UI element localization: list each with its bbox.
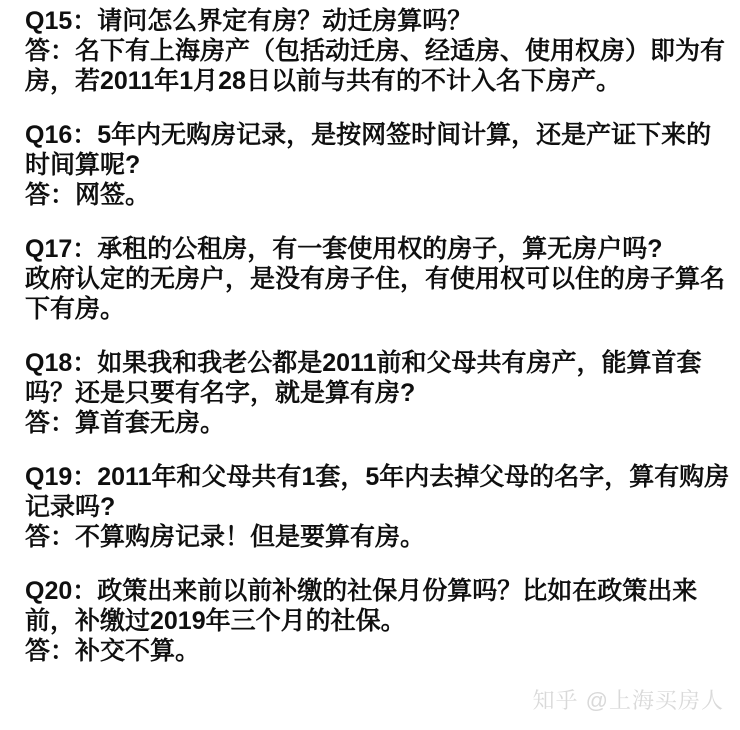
qa-block-q16: Q16：5年内无购房记录，是按网签时间计算，还是产证下来的时间算呢? 答：网签。 <box>25 120 730 210</box>
answer-text-q20: 答：补交不算。 <box>25 636 730 666</box>
answer-text-q15: 答：名下有上海房产（包括动迁房、经适房、使用权房）即为有房，若2011年1月28… <box>25 36 730 96</box>
question-text-q19: Q19：2011年和父母共有1套，5年内去掉父母的名字，算有购房记录吗? <box>25 462 730 522</box>
qa-block-q19: Q19：2011年和父母共有1套，5年内去掉父母的名字，算有购房记录吗? 答：不… <box>25 462 730 552</box>
answer-text-q16: 答：网签。 <box>25 180 730 210</box>
answer-text-q19: 答：不算购房记录！但是要算有房。 <box>25 522 730 552</box>
qa-block-q15: Q15：请问怎么界定有房？动迁房算吗？ 答：名下有上海房产（包括动迁房、经适房、… <box>25 6 730 96</box>
question-text-q16: Q16：5年内无购房记录，是按网签时间计算，还是产证下来的时间算呢? <box>25 120 730 180</box>
question-text-q15: Q15：请问怎么界定有房？动迁房算吗？ <box>25 6 730 36</box>
answer-text-q18: 答：算首套无房。 <box>25 408 730 438</box>
document-page: Q15：请问怎么界定有房？动迁房算吗？ 答：名下有上海房产（包括动迁房、经适房、… <box>0 0 740 730</box>
qa-block-q20: Q20：政策出来前以前补缴的社保月份算吗？比如在政策出来前，补缴过2019年三个… <box>25 576 730 666</box>
question-text-q20: Q20：政策出来前以前补缴的社保月份算吗？比如在政策出来前，补缴过2019年三个… <box>25 576 730 636</box>
question-text-q18: Q18：如果我和我老公都是2011前和父母共有房产，能算首套吗？还是只要有名字，… <box>25 348 730 408</box>
qa-content: Q15：请问怎么界定有房？动迁房算吗？ 答：名下有上海房产（包括动迁房、经适房、… <box>0 0 740 666</box>
qa-block-q18: Q18：如果我和我老公都是2011前和父母共有房产，能算首套吗？还是只要有名字，… <box>25 348 730 438</box>
zhihu-watermark: 知乎 @上海买房人 <box>533 688 724 714</box>
qa-block-q17: Q17：承租的公租房，有一套使用权的房子，算无房户吗? 政府认定的无房户，是没有… <box>25 234 730 324</box>
question-text-q17: Q17：承租的公租房，有一套使用权的房子，算无房户吗? <box>25 234 730 264</box>
answer-text-q17: 政府认定的无房户，是没有房子住，有使用权可以住的房子算名下有房。 <box>25 264 730 324</box>
